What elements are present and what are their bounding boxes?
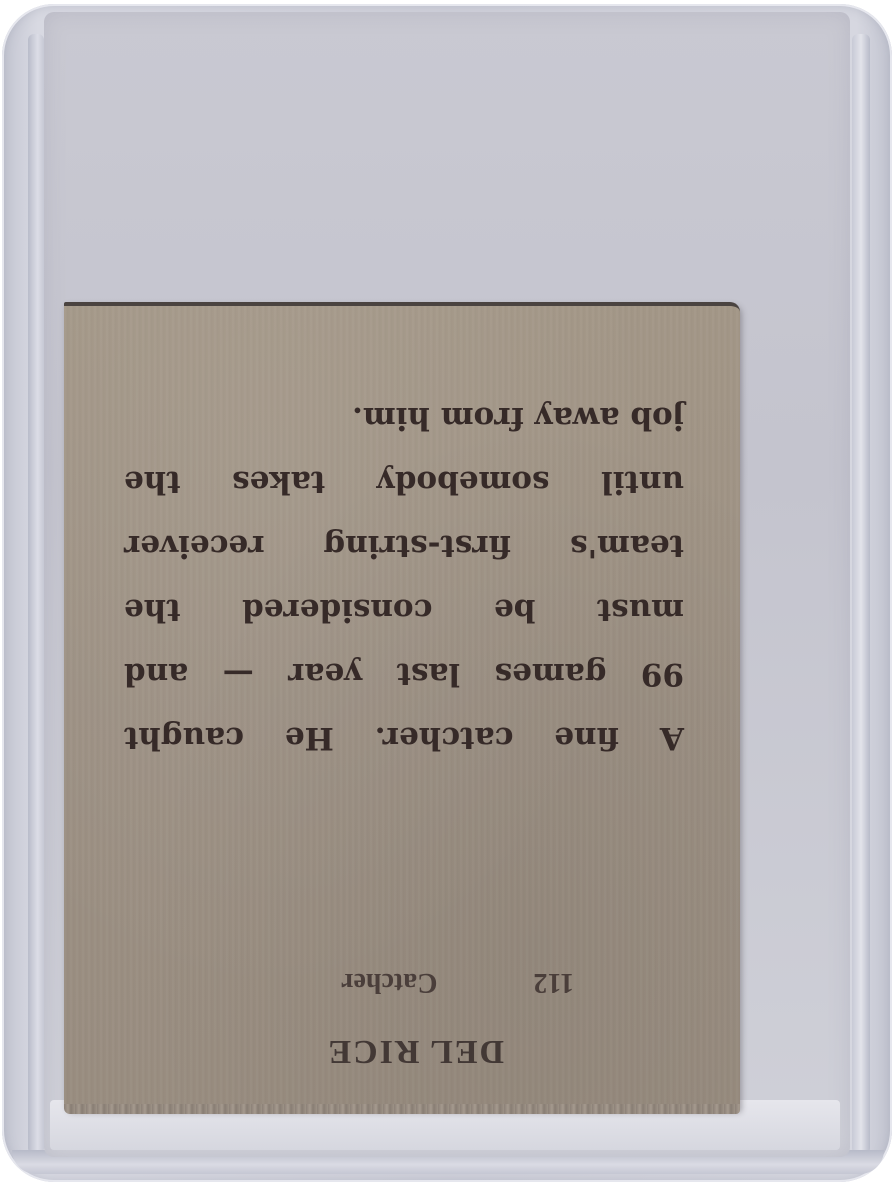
- baseball-card-back: DEL RICE 112 Catcher A fine catcher. He …: [64, 302, 740, 1110]
- bio-line: must be considered the: [124, 578, 684, 642]
- card-header: DEL RICE 112 Catcher: [94, 966, 574, 1070]
- bio-line: until somebody takes the: [124, 450, 684, 514]
- photo-stage: DEL RICE 112 Catcher A fine catcher. He …: [0, 0, 896, 1184]
- player-bio: A fine catcher. He caught 99 games last …: [124, 386, 684, 770]
- player-name: DEL RICE: [94, 1032, 504, 1070]
- card-text-upside-down: DEL RICE 112 Catcher A fine catcher. He …: [64, 306, 740, 1110]
- player-position: Catcher: [341, 966, 437, 998]
- bio-line: A fine catcher. He caught: [124, 706, 684, 770]
- bio-line: 99 games last year — and: [124, 642, 684, 706]
- holder-right-rail: [852, 34, 870, 1154]
- bio-line: team's first-string receiver: [124, 514, 684, 578]
- holder-left-rail: [28, 34, 44, 1154]
- card-number: 112: [534, 966, 574, 998]
- card-meta-row: 112 Catcher: [94, 966, 574, 998]
- bio-line: job away from him.: [124, 386, 684, 450]
